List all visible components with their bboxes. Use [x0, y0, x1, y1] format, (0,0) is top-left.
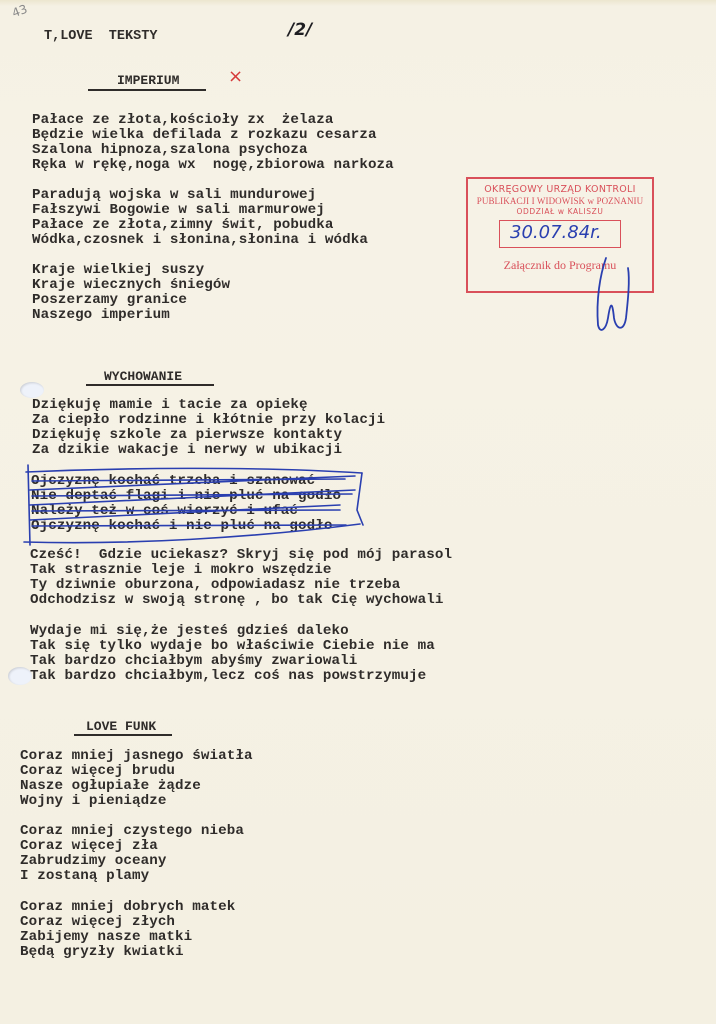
stamp-line-1: OKRĘGOWY URZĄD KONTROLI	[468, 184, 652, 195]
lyric-line: Paradują wojska w sali mundurowej	[32, 188, 316, 203]
typewritten-page: 43 T,LOVE TEKSTY /2/ IMPERIUM × Pałace z…	[0, 0, 716, 1024]
lyric-line: Zabijemy nasze matki	[20, 930, 192, 945]
lyric-line: Dziękuję mamie i tacie za opiekę	[32, 398, 308, 413]
lyric-line: Kraje wiecznych śniegów	[32, 278, 230, 293]
censorship-stamp: OKRĘGOWY URZĄD KONTROLI PUBLIKACJI I WID…	[466, 177, 654, 293]
lyric-line: Coraz więcej zła	[20, 839, 158, 854]
censored-lyric-line: Ojczyznę kochać i nie pluć na godło	[31, 519, 333, 534]
lyric-line: Za dzikie wakacje i nerwy w ubikacji	[32, 443, 342, 458]
lyric-line: Coraz więcej złych	[20, 915, 175, 930]
lyric-line: Zabrudzimy oceany	[20, 854, 166, 869]
lyric-line: Coraz mniej jasnego światła	[20, 749, 253, 764]
lyric-line: Wydaje mi się,że jesteś gdzieś daleko	[30, 624, 349, 639]
stamp-line-4: Załącznik do Programu	[468, 258, 652, 273]
stamp-date-box: 30.07.84r.	[499, 220, 621, 248]
page-number: /2/	[288, 20, 312, 40]
lyric-line: Cześć! Gdzie uciekasz? Skryj się pod mój…	[30, 548, 452, 563]
punch-hole-bottom	[8, 667, 32, 685]
censored-lyric-line: Należy też w coś wierzyć i ufać	[31, 504, 298, 519]
lyric-line: Tak strasznie leje i mokro wszędzie	[30, 563, 332, 578]
song-title-love-funk: LOVE FUNK	[86, 719, 156, 734]
punch-hole-top	[20, 382, 44, 398]
red-x-mark: ×	[228, 66, 243, 87]
song-title-wychowanie: WYCHOWANIE	[104, 369, 182, 384]
lyric-line: Tak się tylko wydaje bo właściwie Ciebie…	[30, 639, 435, 654]
lyric-line: Coraz więcej brudu	[20, 764, 175, 779]
stamp-date: 30.07.84r.	[510, 222, 602, 243]
lyric-line: I zostaną plamy	[20, 869, 149, 884]
censored-lyric-line: Nie deptać flagi i nie pluć na godło	[31, 489, 341, 504]
lyric-line: Ręka w rękę,noga wx nogę,zbiorowa narkoz…	[32, 158, 394, 173]
stamp-line-3: ODDZIAŁ w KALISZU	[468, 207, 652, 216]
lyric-line: Szalona hipnoza,szalona psychoza	[32, 143, 308, 158]
lyric-line: Za ciepło rodzinne i kłótnie przy kolacj…	[32, 413, 385, 428]
lyric-line: Naszego imperium	[32, 308, 170, 323]
document-header-title: T,LOVE TEKSTY	[44, 29, 157, 44]
lyric-line: Wódka,czosnek i słonina,słonina i wódka	[32, 233, 368, 248]
lyric-line: Nasze ogłupiałe żądze	[20, 779, 201, 794]
lyric-line: Będzie wielka defilada z rozkazu cesarza	[32, 128, 377, 143]
lyric-line: Ty dziwnie oburzona, odpowiadasz nie trz…	[30, 578, 400, 593]
title-underline	[86, 384, 214, 386]
lyric-line: Wojny i pieniądze	[20, 794, 166, 809]
lyric-line: Pałace ze złota,zimny świt, pobudka	[32, 218, 334, 233]
title-underline	[74, 734, 172, 736]
lyric-line: Dziękuję szkole za pierwsze kontakty	[32, 428, 342, 443]
lyric-line: Tak bardzo chciałbym,lecz coś nas powstr…	[30, 669, 426, 684]
lyric-line: Coraz mniej czystego nieba	[20, 824, 244, 839]
lyric-line: Coraz mniej dobrych matek	[20, 900, 235, 915]
lyric-line: Tak bardzo chciałbym abyśmy zwariowali	[30, 654, 357, 669]
lyric-line: Poszerzamy granice	[32, 293, 187, 308]
margin-pencil-note: 43	[10, 2, 29, 20]
lyric-line: Kraje wielkiej suszy	[32, 263, 204, 278]
lyric-line: Będą gryzły kwiatki	[20, 945, 184, 960]
lyric-line: Fałszywi Bogowie w sali marmurowej	[32, 203, 325, 218]
lyric-line: Pałace ze złota,kościoły zx żelaza	[32, 113, 334, 128]
song-title-imperium: IMPERIUM	[117, 73, 179, 88]
lyric-line: Odchodzisz w swoją stronę , bo tak Cię w…	[30, 593, 443, 608]
title-underline	[88, 89, 206, 91]
stamp-line-2: PUBLIKACJI I WIDOWISK w POZNANIU	[468, 196, 652, 206]
censored-lyric-line: Ojczyznę kochać trzeba i szanować	[31, 474, 315, 489]
